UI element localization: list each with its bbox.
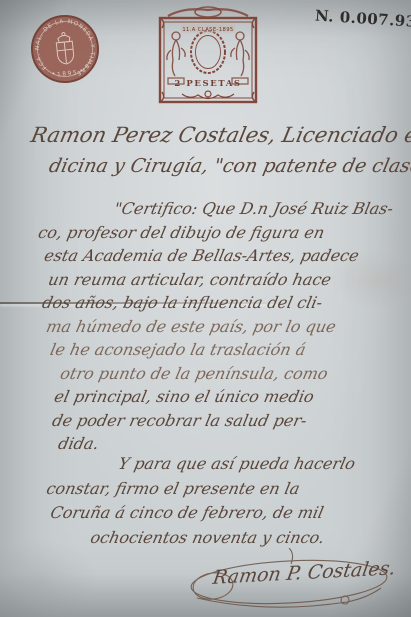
- signature: Ramon P. Costales.: [185, 548, 395, 612]
- manuscript-line: dicina y Cirugía, "con patente de clase …: [46, 151, 411, 182]
- manuscript-line: constar, firmo el presente en la: [44, 477, 411, 502]
- manuscript-line: un reuma articular, contraído hace: [46, 268, 411, 292]
- manuscript-line: esta Academia de Bellas-Artes, padece: [42, 244, 411, 268]
- manuscript-line: co, profesor del dibujo de figura en: [36, 221, 411, 245]
- document-photo: FCA. NAL. DE LA MONEDA Y TIMBRE 1895: [0, 0, 411, 617]
- manuscript-body: "Certifico: Que D.n José Ruiz Blas- co, …: [0, 197, 411, 456]
- mint-seal-graphic: FCA. NAL. DE LA MONEDA Y TIMBRE 1895: [24, 8, 105, 89]
- manuscript-line: ma húmedo de este país, por lo que: [44, 315, 411, 339]
- manuscript-line: de poder recobrar la salud per-: [50, 409, 411, 433]
- manuscript-line: otro punto de la península, como: [58, 362, 411, 386]
- right-figure-icon: [231, 32, 249, 84]
- stamp-denomination: 2 PESETAS: [174, 79, 241, 89]
- paper-stain: [0, 540, 100, 617]
- manuscript-line: dos años, bajo la influencia del cli-: [40, 291, 411, 315]
- mint-seal-icon: FCA. NAL. DE LA MONEDA Y TIMBRE 1895: [24, 8, 105, 89]
- manuscript-heading: Ramon Perez Costales, Licenciado en Me d…: [0, 120, 411, 182]
- manuscript-line: le he aconsejado la traslación á: [48, 338, 411, 362]
- serial-number: N. 0.007.939: [315, 7, 411, 32]
- stamp-class-band: 11.A CLASE-1895: [182, 27, 233, 33]
- manuscript-line: el principal, sino el único medio: [52, 385, 411, 409]
- left-figure-icon: [167, 32, 185, 84]
- manuscript-line: Y para que así pueda hacerlo: [116, 452, 411, 477]
- revenue-stamp-icon: 11.A CLASE-1895 2 PESETAS: [154, 6, 262, 108]
- manuscript-line: "Certifico: Que D.n José Ruiz Blas-: [112, 197, 411, 221]
- manuscript-closing: Y para que así pueda hacerlo constar, fi…: [0, 452, 411, 550]
- manuscript-line: Coruña á cinco de febrero, de mil: [48, 501, 411, 526]
- manuscript-line: Ramon Perez Costales, Licenciado en Me: [28, 120, 411, 151]
- revenue-stamp-graphic: 11.A CLASE-1895 2 PESETAS: [154, 6, 262, 108]
- manuscript-line: ochocientos noventa y cinco.: [88, 526, 411, 551]
